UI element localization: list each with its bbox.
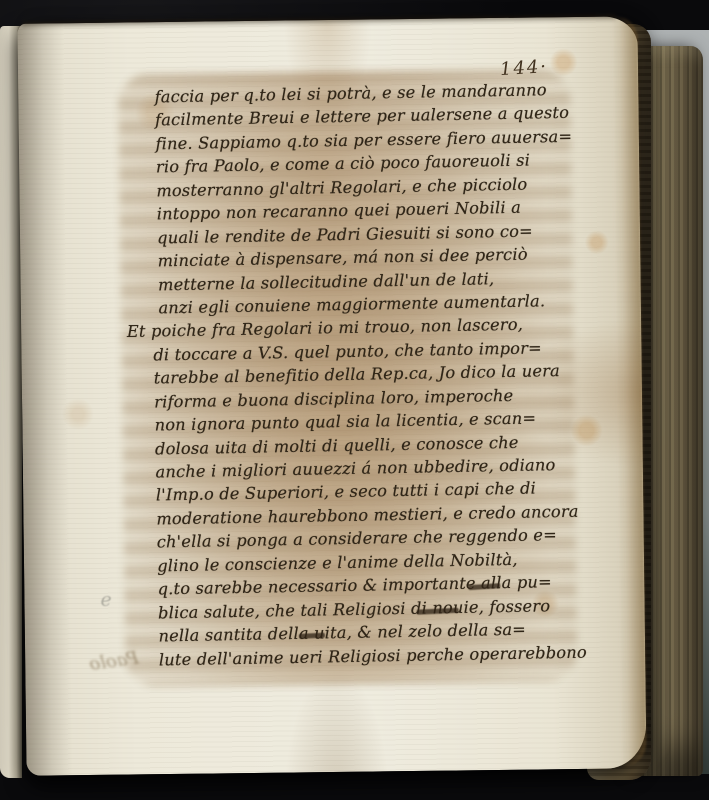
manuscript-page: 144· faccia per q.to lei si potrà, e se …: [17, 16, 646, 776]
page-top-shadow: [21, 14, 616, 28]
gutter-shadow: [17, 23, 72, 776]
folio-number: 144·: [499, 56, 548, 80]
manuscript-text: faccia per q.to lei si potrà, e se le ma…: [148, 78, 591, 672]
pencil-margin-mark: e: [100, 589, 112, 611]
manuscript-photo: 144· faccia per q.to lei si potrà, e se …: [0, 0, 709, 800]
